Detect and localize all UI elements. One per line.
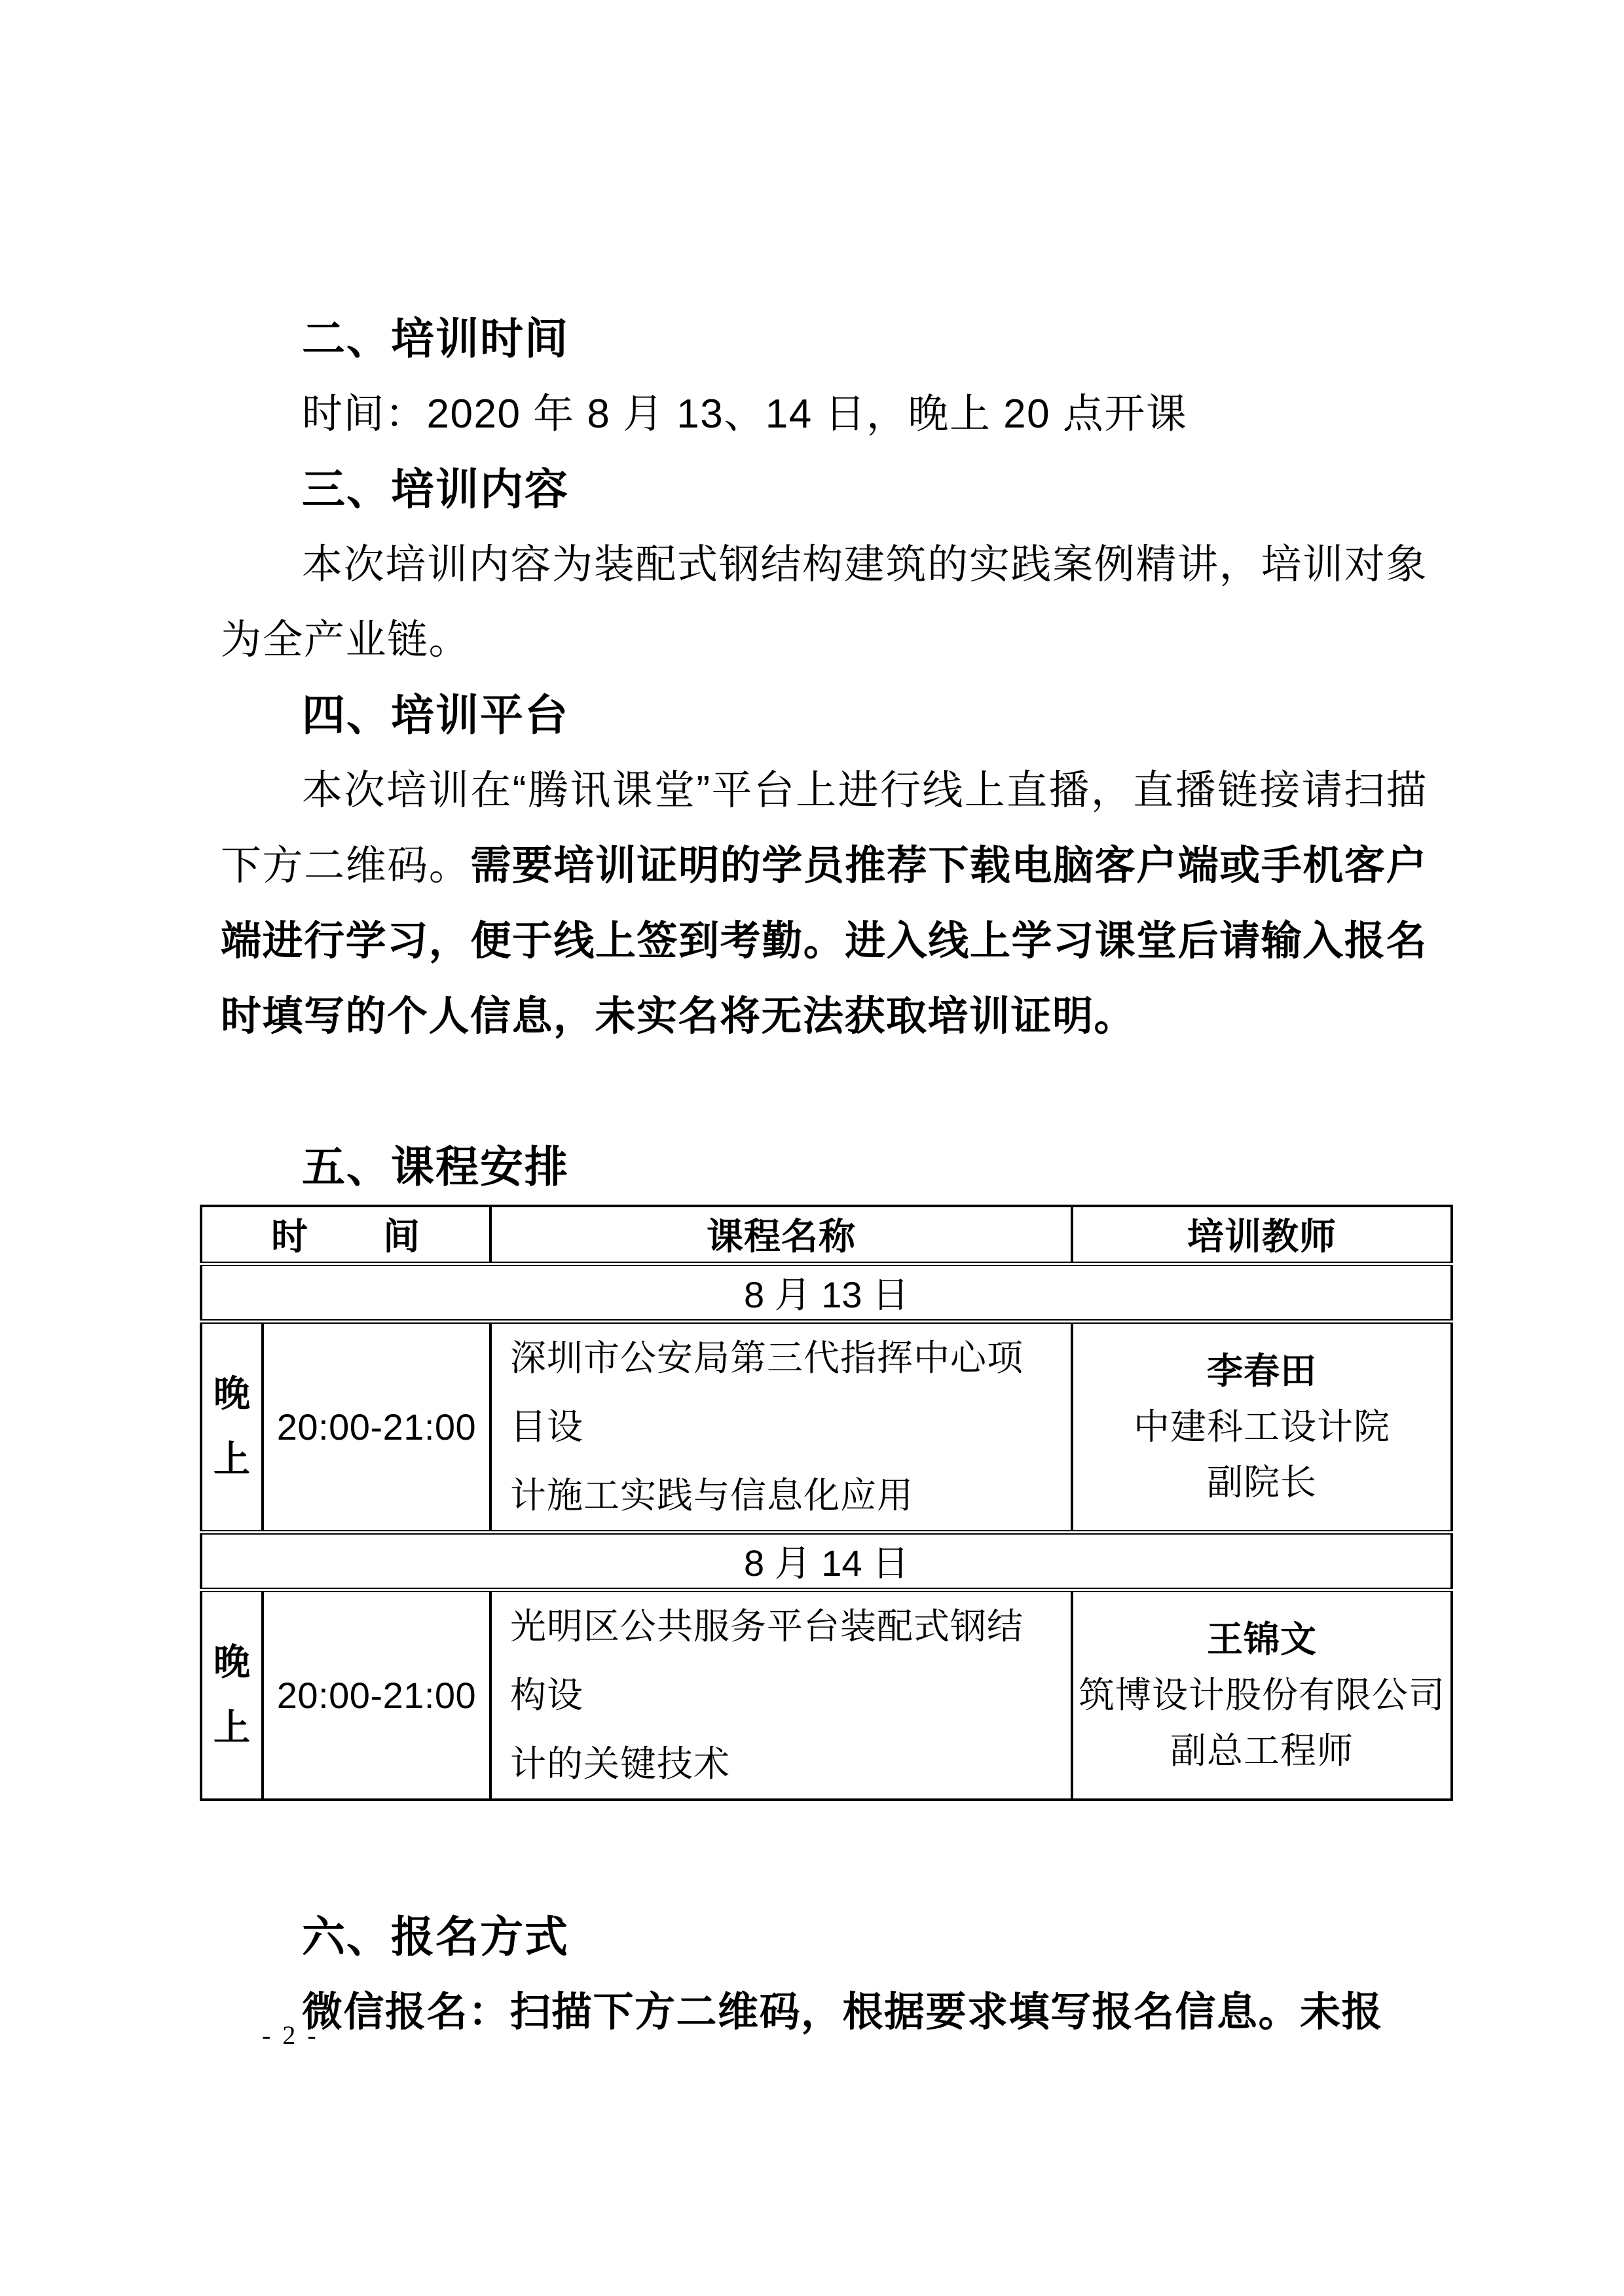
time-day2: 20:00-21:00 (263, 1590, 490, 1800)
table-row-day1: 晚 上 20:00-21:00 深圳市公安局第三代指挥中心项目设 计施工实践与信… (201, 1321, 1452, 1532)
period-day1: 晚 上 (201, 1321, 263, 1532)
page-content: 二、培训时间 时间：2020 年 8 月 13、14 日，晚上 20 点开课 三… (0, 0, 1624, 2050)
teacher-day2: 王锦文 筑博设计股份有限公司 副总工程师 (1072, 1590, 1452, 1800)
period-day2: 晚 上 (201, 1590, 263, 1800)
teacher-org-day2: 筑博设计股份有限公司 (1073, 1667, 1450, 1723)
course-day1: 深圳市公安局第三代指挥中心项目设 计施工实践与信息化应用 (490, 1321, 1072, 1532)
teacher-name-day1: 李春田 (1073, 1343, 1450, 1399)
section3-body: 本次培训内容为装配式钢结构建筑的实践案例精讲，培训对象为全产业链。 (221, 527, 1428, 678)
section3-heading: 三、培训内容 (221, 452, 1428, 527)
table-header-row: 时 间 课程名称 培训教师 (201, 1206, 1452, 1264)
section2-heading: 二、培训时间 (221, 301, 1428, 376)
date-band-row-day1: 8 月 13 日 (201, 1264, 1452, 1321)
time-day1: 20:00-21:00 (263, 1321, 490, 1532)
course-day2: 光明区公共服务平台装配式钢结构设 计的关键技术 (490, 1590, 1072, 1800)
document-page: { "document": { "page_number": "- 2 -", … (0, 0, 1624, 2296)
page-number: - 2 - (262, 2020, 319, 2050)
section4-body: 本次培训在“腾讯课堂”平台上进行线上直播，直播链接请扫描下方二维码。需要培训证明… (221, 753, 1428, 1054)
section5-heading: 五、课程安排 (221, 1129, 1428, 1205)
teacher-title-day2: 副总工程师 (1073, 1723, 1450, 1779)
header-time: 时 间 (201, 1206, 490, 1264)
section4-heading: 四、培训平台 (221, 678, 1428, 753)
teacher-name-day2: 王锦文 (1073, 1612, 1450, 1667)
table-row-day2: 晚 上 20:00-21:00 光明区公共服务平台装配式钢结构设 计的关键技术 … (201, 1590, 1452, 1800)
date-day2: 8 月 14 日 (201, 1532, 1452, 1590)
date-band-row-day2: 8 月 14 日 (201, 1532, 1452, 1590)
section2-body: 时间：2020 年 8 月 13、14 日，晚上 20 点开课 (221, 376, 1428, 452)
teacher-org-day1: 中建科工设计院 (1073, 1399, 1450, 1455)
header-course: 课程名称 (490, 1206, 1072, 1264)
teacher-day1: 李春田 中建科工设计院 副院长 (1072, 1321, 1452, 1532)
header-teacher: 培训教师 (1072, 1206, 1452, 1264)
course-schedule-table: 时 间 课程名称 培训教师 8 月 13 日 晚 上 20:00-21:00 深… (200, 1205, 1453, 1801)
section6-heading: 六、报名方式 (221, 1899, 1428, 1975)
section6-body: 微信报名：扫描下方二维码，根据要求填写报名信息。未报 (221, 1975, 1428, 2050)
date-day1: 8 月 13 日 (201, 1264, 1452, 1321)
teacher-title-day1: 副院长 (1073, 1455, 1450, 1510)
